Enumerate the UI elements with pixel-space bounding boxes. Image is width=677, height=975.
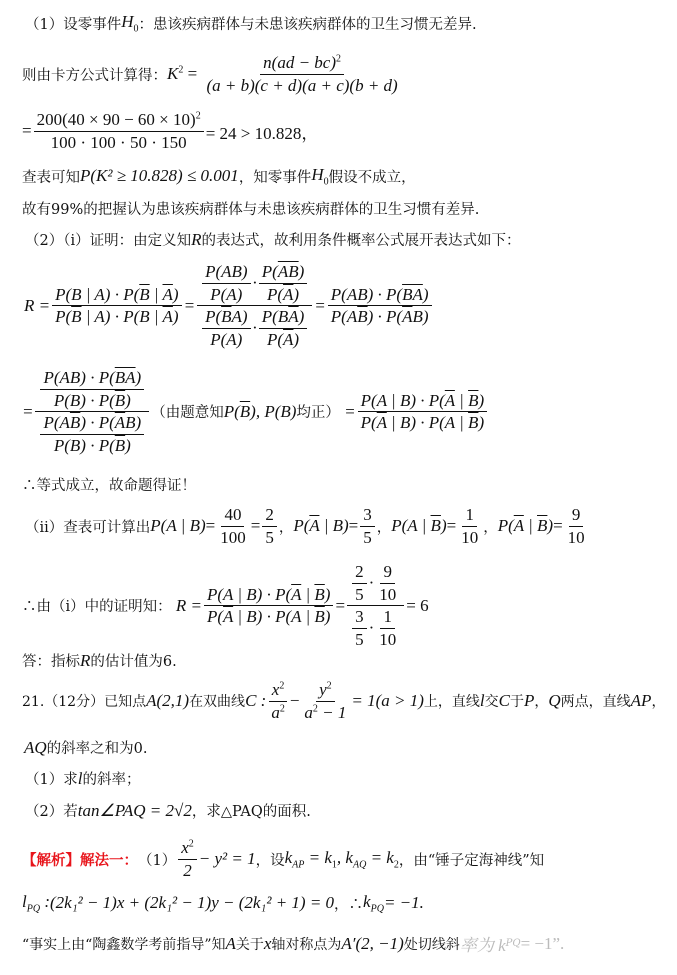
proof-conclusion: ∴等式成立，故命题得证！ — [22, 474, 196, 495]
r-expansion: R = P(B | A) · P(B | A)P(B | A) · P(B | … — [24, 262, 434, 349]
answer-line: 答：指标 R 的估计值为6. — [22, 650, 177, 671]
line-pq-equation: lPQ : (2k₁² − 1)x + (2k₁² − 1)y − (2k₁² … — [22, 892, 424, 914]
ii-values: （ii）查表可计算出 P(A | B)= 40100= 25， P(A | B)… — [25, 505, 590, 547]
lookup-formula: P(K² ≥ 10.828) ≤ 0.001 — [80, 166, 239, 186]
text: （1）设零事件 — [25, 13, 121, 34]
problem-21-statement: 21.（12分）已知点 A(2,1) 在双曲线 C : x2a2− y2a2 −… — [22, 680, 665, 722]
chi-square-formula: 则由卡方公式计算得： K2 = n(ad − bc)2 (a + b)(c + … — [22, 53, 403, 95]
formula-fraction: n(ad − bc)2 (a + b)(c + d)(a + c)(b + d) — [203, 53, 400, 95]
r-expansion-2: = P(AB) · P(BA)P(B) · P(B) P(AB) · P(AB)… — [22, 368, 489, 455]
text: ：患该疾病群体与未患该疾病群体的卫生习惯无差异. — [139, 13, 477, 34]
problem-21-cont: AQ 的斜率之和为0. — [24, 737, 148, 758]
conclusion-line: 故有99%的把握认为患该疾病群体与未患该疾病群体的卫生习惯有差异. — [22, 198, 479, 219]
k-symbol: K2 — [167, 64, 183, 84]
solution-tag: 【解析】解法一： — [22, 849, 138, 870]
result: = 24 > 10.828， — [206, 119, 319, 144]
lookup-line: 查表可知 P(K² ≥ 10.828) ≤ 0.001 ，知零事件 H0 假设不… — [22, 165, 416, 187]
hypothesis-line: （1）设零事件 H0 ：患该疾病群体与未患该疾病群体的卫生习惯无差异. — [25, 12, 477, 34]
symbol-h0: H0 — [121, 12, 138, 34]
question-1: （1）求 l 的斜率； — [25, 768, 140, 789]
text: 则由卡方公式计算得： — [22, 64, 167, 85]
calculation-line: = 200(40 × 90 − 60 × 10)2 100 · 100 · 50… — [22, 110, 318, 152]
question-2: （2）若 tan∠PAQ = 2√2 ，求△PAQ的面积. — [25, 800, 311, 821]
fact-line: “事实上由“陶鑫数学考前指导”知 A 关于 x 轴对称点为 A′(2, −1) … — [22, 931, 564, 956]
part2-intro: （2）（i）证明：由定义知 R 的表达式，故利用条件概率公式展开表达式如下： — [25, 229, 521, 250]
calc-fraction: 200(40 × 90 − 60 × 10)2 100 · 100 · 50 ·… — [34, 110, 204, 152]
r-result: ∴由（i）中的证明知： R = P(A | B) · P(A | B)P(A |… — [22, 562, 429, 649]
solution-line: 【解析】解法一： （1） x22 − y² = 1 ，设 kAP = k1, k… — [22, 838, 544, 880]
